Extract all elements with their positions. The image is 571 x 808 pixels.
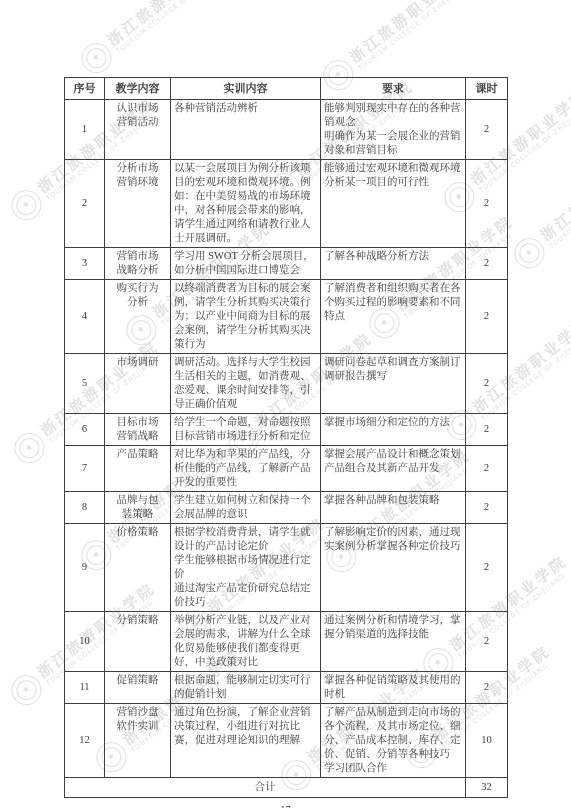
row-number-cell: 1 (65, 100, 105, 160)
table-row: 5 市场调研 调研活动。选择与大学生校园生活相关的主题，如消费观、恋爱观、课余时… (65, 354, 508, 414)
teaching-content-cell: 品牌与包 装策略 (105, 492, 171, 524)
header-class-hours: 课时 (466, 78, 508, 100)
teaching-content-cell: 价格策略 (105, 524, 171, 612)
row-number-cell: 11 (65, 672, 105, 704)
table-row: 3 营销市场 战略分析 学习用 SWOT 分析会展项目，如分析中国国际进口博览会… (65, 248, 508, 280)
teaching-content-cell: 营销沙盘 软件实训 (105, 704, 171, 778)
row-number-cell: 5 (65, 354, 105, 414)
row-number-cell: 8 (65, 492, 105, 524)
teaching-content-cell: 产品策略 (105, 446, 171, 492)
requirement-cell: 掌握市场细分和定位的方法 (321, 414, 466, 446)
training-content-cell: 根据学校消费背景，请学生就设计的产品讨论定价 学生能够根据市场情况进行定价 通过… (171, 524, 321, 612)
requirement-cell: 掌握会展产品设计和概念策划 产品组合及其新产品开发 (321, 446, 466, 492)
row-number-cell: 2 (65, 160, 105, 248)
training-content-cell: 学习用 SWOT 分析会展项目，如分析中国国际进口博览会 (171, 248, 321, 280)
hours-cell: 2 (466, 524, 508, 612)
training-content-cell: 各种营销活动辨析 (171, 100, 321, 160)
hours-cell: 2 (466, 100, 508, 160)
requirement-cell: 掌握各种促销策略及其使用的时机 (321, 672, 466, 704)
requirement-cell: 通过案例分析和情境学习，掌握分销渠道的选择技能 (321, 612, 466, 672)
table-row: 8 品牌与包 装策略 学生建立如何树立和保持一个会展品牌的意识 掌握各种品牌和包… (65, 492, 508, 524)
requirement-cell: 掌握各种品牌和包装策略 (321, 492, 466, 524)
header-serial-number: 序号 (65, 78, 105, 100)
teaching-content-cell: 目标市场 营销战略 (105, 414, 171, 446)
teaching-content-cell: 认识市场 营销活动 (105, 100, 171, 160)
document-page: ★ 浙江旅游职业学院 TOURISM COLLEGE OF ZHEJIANG ★… (0, 0, 571, 808)
hours-cell: 2 (466, 280, 508, 354)
table-row: 7 产品策略 对比华为和苹果的产品线，分析佳能的产品线，了解新产品开发的重要性 … (65, 446, 508, 492)
table-header-row: 序号 教学内容 实训内容 要求 课时 (65, 78, 508, 100)
training-content-cell: 通过角色扮演，了解企业营销决策过程，小组进行对抗比赛，促进对理论知识的理解 (171, 704, 321, 778)
training-content-cell: 学生建立如何树立和保持一个会展品牌的意识 (171, 492, 321, 524)
requirement-cell: 了解消费者和组织购买者在各个购买过程的影响要素和不同特点 (321, 280, 466, 354)
row-number-cell: 6 (65, 414, 105, 446)
hours-cell: 2 (466, 160, 508, 248)
requirement-cell: 了解影响定价的因素，通过现实案例分析掌握各种定价技巧 (321, 524, 466, 612)
requirement-cell: 能够通过宏观环境和微观环境分析某一项目的可行性 (321, 160, 466, 248)
training-content-cell: 给学生一个命题，对命题按照目标营销市场进行分析和定位 (171, 414, 321, 446)
header-requirements: 要求 (321, 78, 466, 100)
row-number-cell: 4 (65, 280, 105, 354)
table-total-row: 合计 32 (65, 778, 508, 798)
teaching-content-cell: 市场调研 (105, 354, 171, 414)
training-content-cell: 以某一会展项目为例分析该项目的宏观环境和微观环境。例如：在中美贸易战的市场环境中… (171, 160, 321, 248)
requirement-cell: 了解产品从制造到走向市场的各个流程，及其市场定位、细分、产品成本控制、库存、定价… (321, 704, 466, 778)
training-content-cell: 根据命题，能够制定切实可行的促销计划 (171, 672, 321, 704)
table-row: 1 认识市场 营销活动 各种营销活动辨析 能够判别现实中存在的各种营销观念 明确… (65, 100, 508, 160)
header-training-content: 实训内容 (171, 78, 321, 100)
teaching-content-cell: 营销市场 战略分析 (105, 248, 171, 280)
hours-cell: 2 (466, 354, 508, 414)
teaching-content-cell: 分销策略 (105, 612, 171, 672)
teaching-content-cell: 分析市场 营销环境 (105, 160, 171, 248)
hours-cell: 2 (466, 612, 508, 672)
table-row: 6 目标市场 营销战略 给学生一个命题，对命题按照目标营销市场进行分析和定位 掌… (65, 414, 508, 446)
teaching-content-cell: 促销策略 (105, 672, 171, 704)
training-content-cell: 调研活动。选择与大学生校园生活相关的主题，如消费观、恋爱观、课余时间安排等，引导… (171, 354, 321, 414)
row-number-cell: 12 (65, 704, 105, 778)
row-number-cell: 7 (65, 446, 105, 492)
hours-cell: 2 (466, 492, 508, 524)
hours-cell: 10 (466, 704, 508, 778)
row-number-cell: 10 (65, 612, 105, 672)
row-number-cell: 3 (65, 248, 105, 280)
requirement-cell: 能够判别现实中存在的各种营销观念 明确作为某一会展企业的营销对象和营销目标 (321, 100, 466, 160)
table-row: 4 购买行为 分析 以终端消费者为目标的展会案例，请学生分析其购买决策行为；以产… (65, 280, 508, 354)
hours-cell: 2 (466, 446, 508, 492)
training-plan-table: 序号 教学内容 实训内容 要求 课时 1 认识市场 营销活动 各种营销活动辨析 … (64, 77, 508, 798)
table-row: 10 分销策略 举例分析产业链，以及产业对会展的需求，讲解为什么全球化贸易能够使… (65, 612, 508, 672)
requirement-cell: 了解各种战略分析方法 (321, 248, 466, 280)
hours-cell: 2 (466, 414, 508, 446)
total-label: 合计 (65, 778, 466, 798)
row-number-cell: 9 (65, 524, 105, 612)
table-row: 9 价格策略 根据学校消费背景，请学生就设计的产品讨论定价 学生能够根据市场情况… (65, 524, 508, 612)
page-content: 序号 教学内容 实训内容 要求 课时 1 认识市场 营销活动 各种营销活动辨析 … (0, 0, 571, 808)
table-row: 2 分析市场 营销环境 以某一会展项目为例分析该项目的宏观环境和微观环境。例如：… (65, 160, 508, 248)
teaching-content-cell: 购买行为 分析 (105, 280, 171, 354)
header-teaching-content: 教学内容 (105, 78, 171, 100)
total-hours: 32 (466, 778, 508, 798)
table-row: 11 促销策略 根据命题，能够制定切实可行的促销计划 掌握各种促销策略及其使用的… (65, 672, 508, 704)
training-content-cell: 以终端消费者为目标的展会案例，请学生分析其购买决策行为；以产业中间商为目标的展会… (171, 280, 321, 354)
requirement-cell: 调研问卷起草和调查方案制订 调研报告撰写 (321, 354, 466, 414)
training-content-cell: 对比华为和苹果的产品线，分析佳能的产品线，了解新产品开发的重要性 (171, 446, 321, 492)
training-content-cell: 举例分析产业链，以及产业对会展的需求，讲解为什么全球化贸易能够使我们都变得更好，… (171, 612, 321, 672)
hours-cell: 2 (466, 672, 508, 704)
hours-cell: 2 (466, 248, 508, 280)
table-row: 12 营销沙盘 软件实训 通过角色扮演，了解企业营销决策过程，小组进行对抗比赛，… (65, 704, 508, 778)
